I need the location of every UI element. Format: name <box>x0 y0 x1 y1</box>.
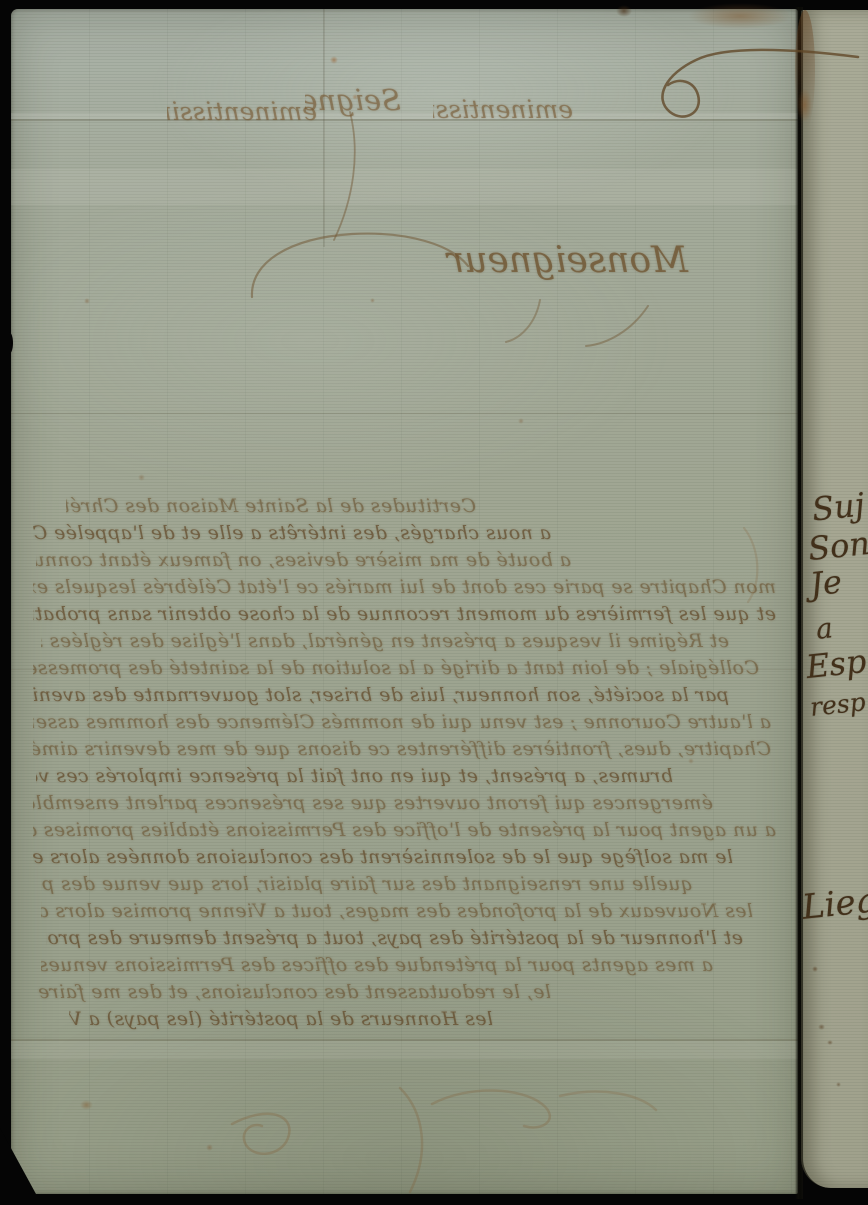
bleedthrough-line: brumes, a présent, et qui en ont fait la… <box>36 763 673 790</box>
adjacent-page-fragment: Lieg <box>800 880 868 928</box>
stain <box>352 94 358 100</box>
fold-crease <box>11 1039 798 1041</box>
stain <box>330 56 338 64</box>
fold-crease <box>11 113 798 119</box>
bleedthrough-line: le ma solfège que le de solennisèrent de… <box>33 844 733 871</box>
adjacent-page-fragment: Son <box>806 524 868 568</box>
bleedthrough-line: a un agent pour la présente de l'office … <box>33 817 776 844</box>
bleedthrough-line: Collégiale ; de loin tant a dirigé a la … <box>33 655 759 682</box>
letter-page: Monseigneur eminentissimeSeigneureminent… <box>11 9 798 1194</box>
fold-crease <box>11 669 798 670</box>
adjacent-page-fragment: resp <box>809 687 867 722</box>
bleedthrough-header-word: eminentissime <box>433 95 573 124</box>
bleedthrough-line: a nous chargés, des intérêts a elle et d… <box>33 520 551 547</box>
fold-crease <box>11 169 798 205</box>
adjacent-page-fragment: Suj <box>810 485 866 528</box>
stain <box>80 1100 93 1110</box>
bleedthrough-line: quelle une renseignant des sur faire pla… <box>41 871 693 898</box>
fold-crease-vertical <box>323 9 325 247</box>
stain <box>827 1040 833 1045</box>
fold-crease <box>11 413 798 414</box>
scanned-manuscript: Monseigneur eminentissimeSeigneureminent… <box>0 0 868 1205</box>
bleedthrough-layer: Monseigneur eminentissimeSeigneureminent… <box>11 9 798 1194</box>
stain <box>818 1024 825 1030</box>
stain <box>836 1082 841 1087</box>
paper-mottling <box>11 9 798 1194</box>
bleedthrough-line: le, le redoutassent des conclusions, et … <box>33 979 551 1006</box>
salutation-script: Monseigneur <box>448 240 688 281</box>
bleedthrough-line: et que les fermières du moment reconnue … <box>33 601 776 628</box>
bleedthrough-line: les Honneurs de la postérité (les pays) … <box>69 1006 493 1033</box>
fold-crease <box>11 1041 798 1059</box>
adjacent-page-fragment: Esp <box>804 642 868 686</box>
bleedthrough-line: Chapitre, dues, frontières différentes c… <box>33 736 771 763</box>
edge-notch <box>5 332 13 354</box>
fold-crease <box>11 119 798 121</box>
bleedthrough-line: a mes agents pour la prétendue des offic… <box>41 952 713 979</box>
bleedthrough-line: les Nouveaux de la profondes des mages, … <box>41 898 753 925</box>
stain <box>206 1144 213 1151</box>
bleedthrough-line: a l'autre Couronne ; est venu qui de nom… <box>33 709 771 736</box>
stain <box>688 3 792 29</box>
bleedthrough-line: émergences qui feront ouvertes que ses p… <box>33 790 713 817</box>
adjacent-page-fragment: Je <box>808 562 844 603</box>
bleedthrough-line: a bouté de ma misère devises, on fameux … <box>36 547 571 574</box>
stain <box>688 758 694 764</box>
bleedthrough-line: et Régime il vesques a présent en généra… <box>41 628 729 655</box>
bleedthrough-line: et l'honneur de la postérité des pays, t… <box>46 925 743 952</box>
bleedthrough-line: Certitudes de la Sainte Maison des Chrét… <box>66 493 476 520</box>
adjacent-page-fragment: a <box>814 611 834 646</box>
bleedthrough-header-word: Seigneur <box>305 83 401 117</box>
stain <box>616 5 632 17</box>
stain <box>84 298 90 304</box>
bleedthrough-line: par la société, son honneur, luis de bri… <box>33 682 729 709</box>
stain <box>518 418 524 424</box>
stain <box>370 298 375 303</box>
stain <box>138 474 145 481</box>
adjacent-page-strip: SujSonJeaEsprespLieg <box>801 10 868 1188</box>
stain <box>812 966 818 972</box>
bleedthrough-header-word: eminentissime <box>167 97 317 126</box>
torn-corner <box>0 1128 36 1194</box>
laid-paper-texture <box>11 9 798 1194</box>
bleedthrough-line: mon Chapitre se parie ces dont de lui ma… <box>33 574 776 601</box>
